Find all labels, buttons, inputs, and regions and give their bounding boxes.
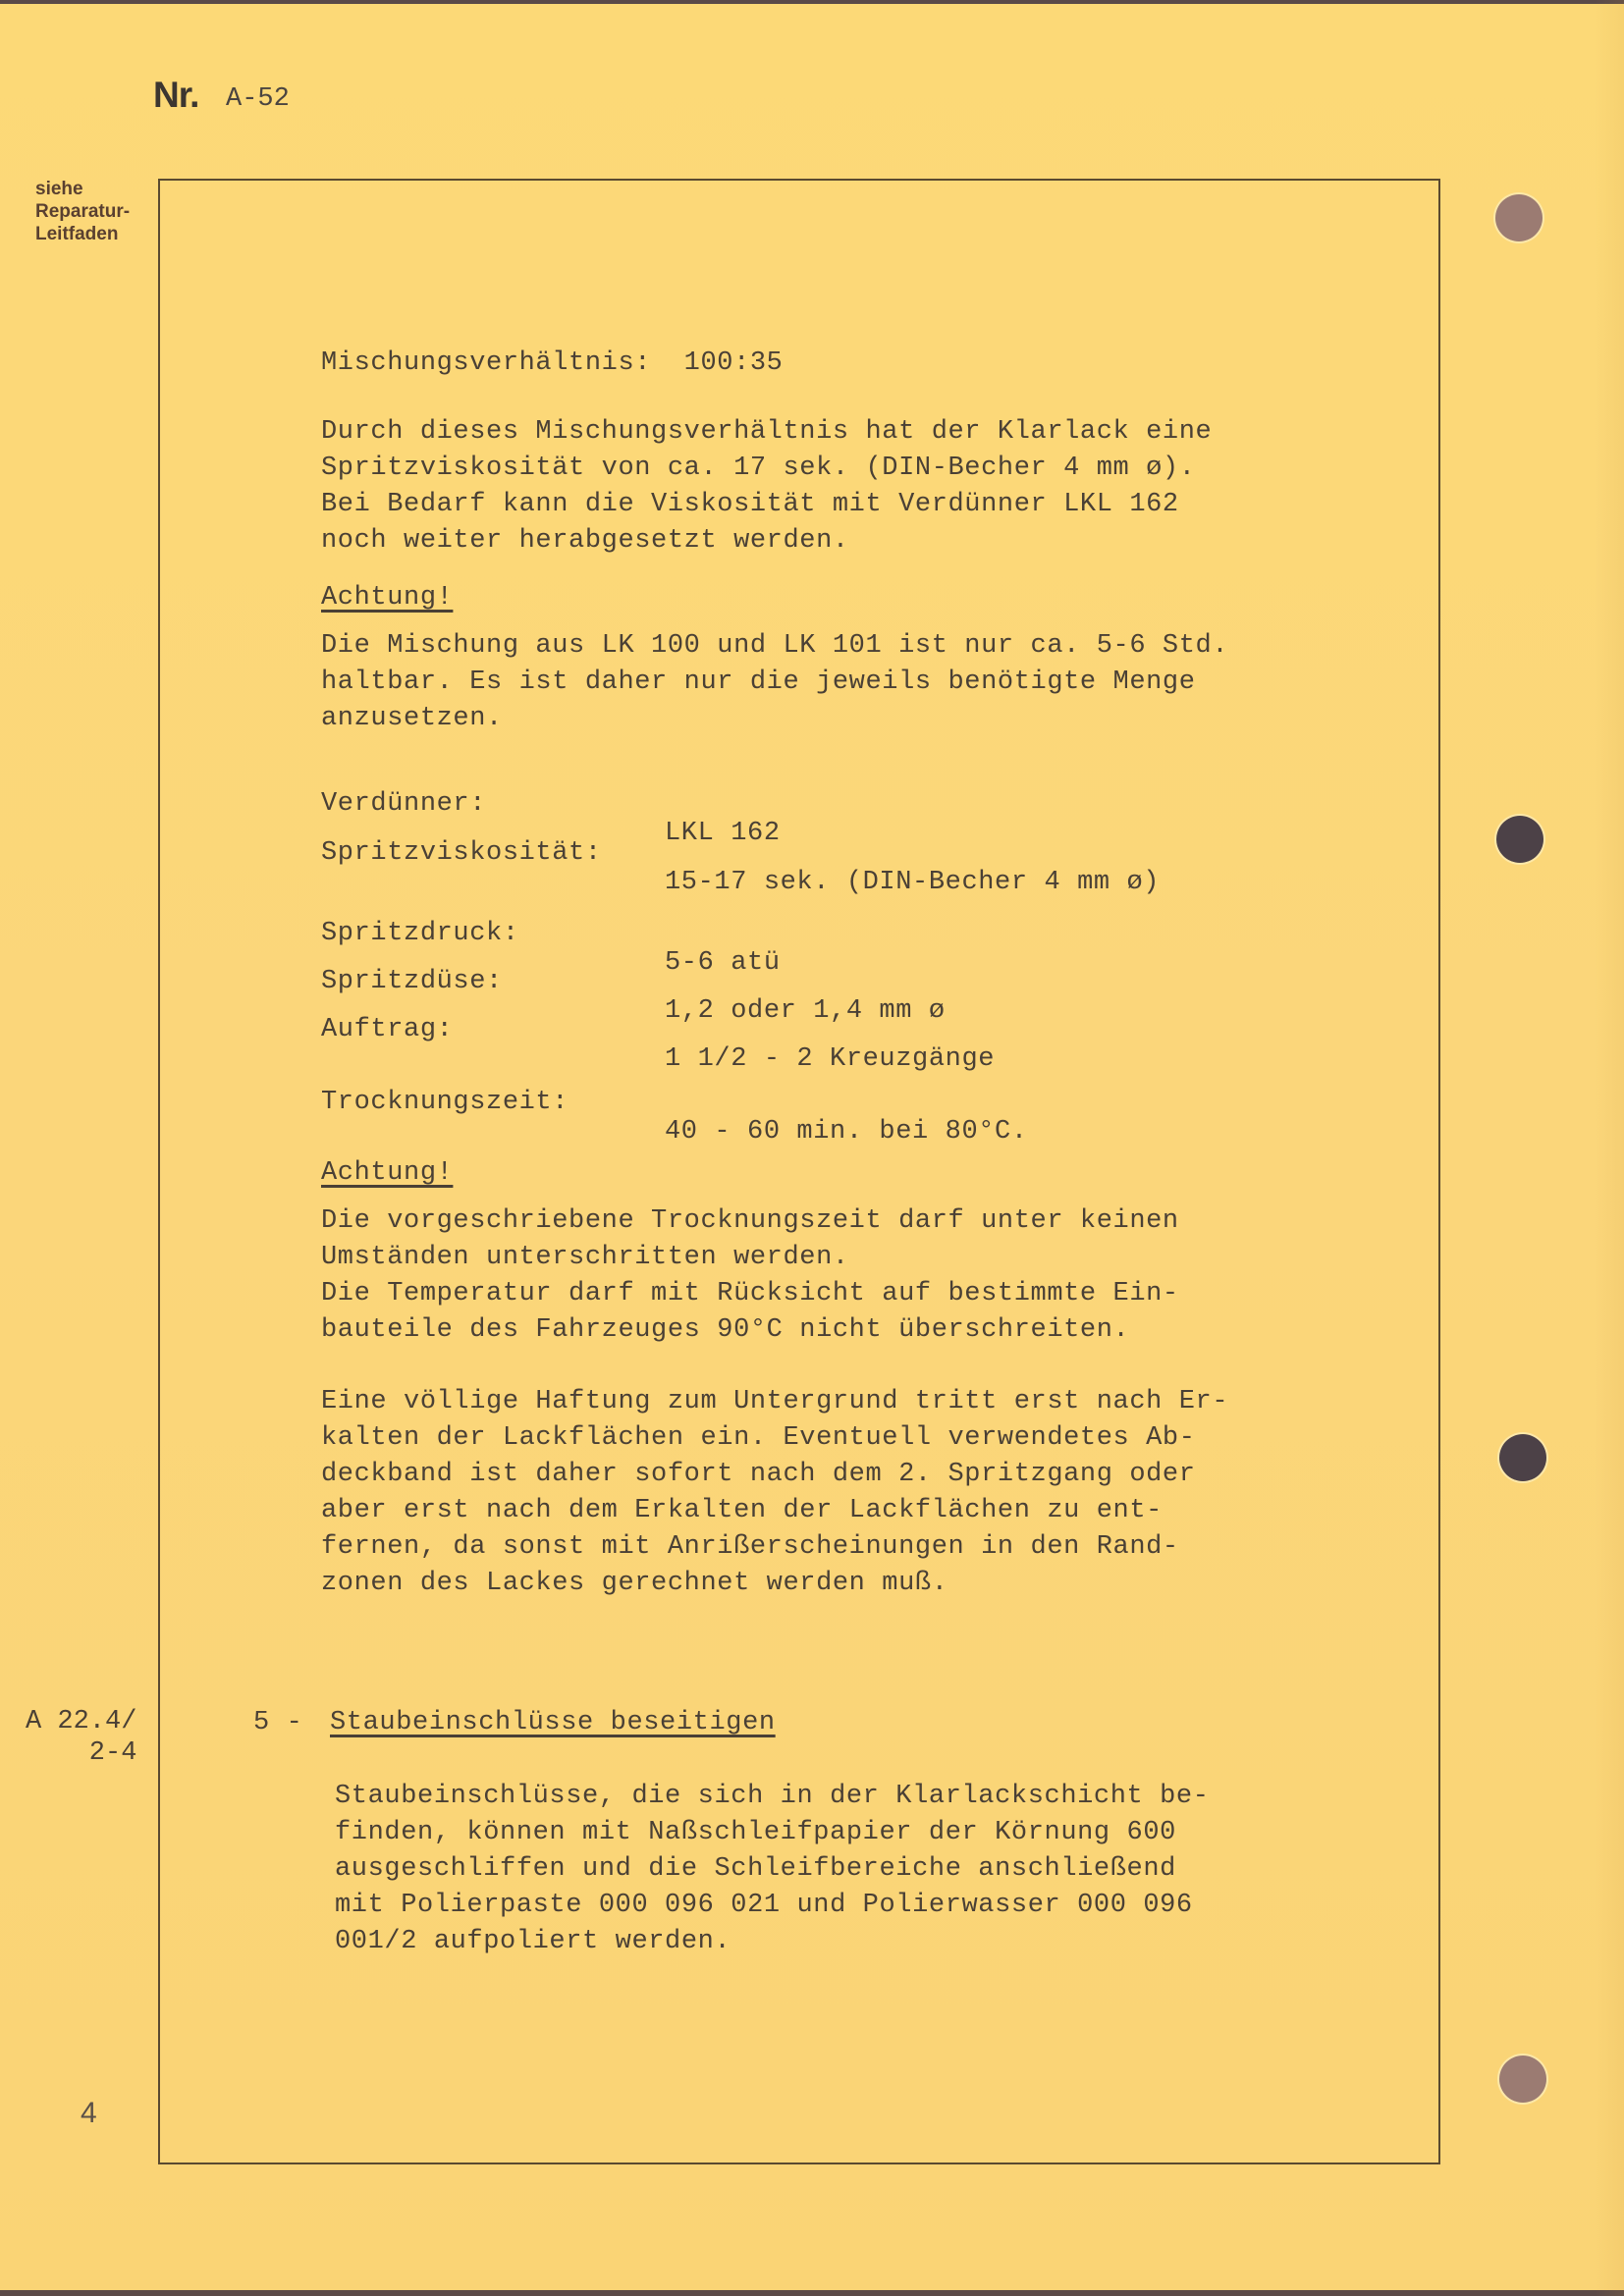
- section-title: Staubeinschlüsse beseitigen: [330, 1708, 776, 1737]
- intro-paragraph: Durch dieses Mischungsverhältnis hat der…: [321, 414, 1212, 560]
- warning-text: Die vorgeschriebene Trocknungszeit darf …: [321, 1203, 1179, 1349]
- scan-bottom-edge: [0, 2290, 1624, 2296]
- punch-hole-icon: [1496, 816, 1543, 863]
- spec-label: Spritzviskosität:: [321, 838, 602, 868]
- document-number-label: Nr.: [153, 75, 198, 116]
- spec-row-drying-time: Trocknungszeit: 40 - 60 min. bei 80°C.: [321, 1058, 354, 1147]
- spec-label: Auftrag:: [321, 1015, 453, 1044]
- side-reference-line: Reparatur-: [35, 200, 130, 223]
- warning-text: Die Mischung aus LK 100 und LK 101 ist n…: [321, 628, 1228, 737]
- punch-hole-icon: [1495, 194, 1543, 241]
- page-shading: [1595, 0, 1624, 2296]
- section-number: 5 -: [253, 1708, 302, 1737]
- warning-heading: Achtung!: [321, 1158, 453, 1188]
- side-reference-line: siehe: [35, 178, 130, 200]
- scan-top-edge: [0, 0, 1624, 4]
- document-number: A-52: [226, 84, 290, 114]
- spec-value: 1,2 oder 1,4 mm ø: [665, 996, 946, 1026]
- warning-heading: Achtung!: [321, 583, 453, 613]
- spec-value: 1 1/2 - 2 Kreuzgänge: [665, 1044, 995, 1074]
- spec-label: Trocknungszeit:: [321, 1088, 568, 1117]
- spec-value: 5-6 atü: [665, 948, 781, 978]
- spec-value: 15-17 sek. (DIN-Becher 4 mm ø): [665, 868, 1160, 897]
- section-reference: A 22.4/ 2-4: [26, 1706, 136, 1769]
- punch-hole-icon: [1499, 2056, 1546, 2103]
- mixing-ratio: Mischungsverhältnis: 100:35: [321, 348, 783, 378]
- adhesion-paragraph: Eine völlige Haftung zum Untergrund trit…: [321, 1384, 1228, 1602]
- spec-row-viscosity: Spritzviskosität: 15-17 sek. (DIN-Becher…: [321, 809, 354, 897]
- spec-value: 40 - 60 min. bei 80°C.: [665, 1117, 1028, 1147]
- section-text: Staubeinschlüsse, die sich in der Klarla…: [335, 1779, 1210, 1960]
- side-reference-note: siehe Reparatur- Leitfaden: [35, 178, 130, 245]
- punch-hole-icon: [1499, 1434, 1546, 1481]
- side-reference-line: Leitfaden: [35, 223, 130, 245]
- spec-value: LKL 162: [665, 819, 781, 848]
- page-number: 4: [81, 2097, 97, 2130]
